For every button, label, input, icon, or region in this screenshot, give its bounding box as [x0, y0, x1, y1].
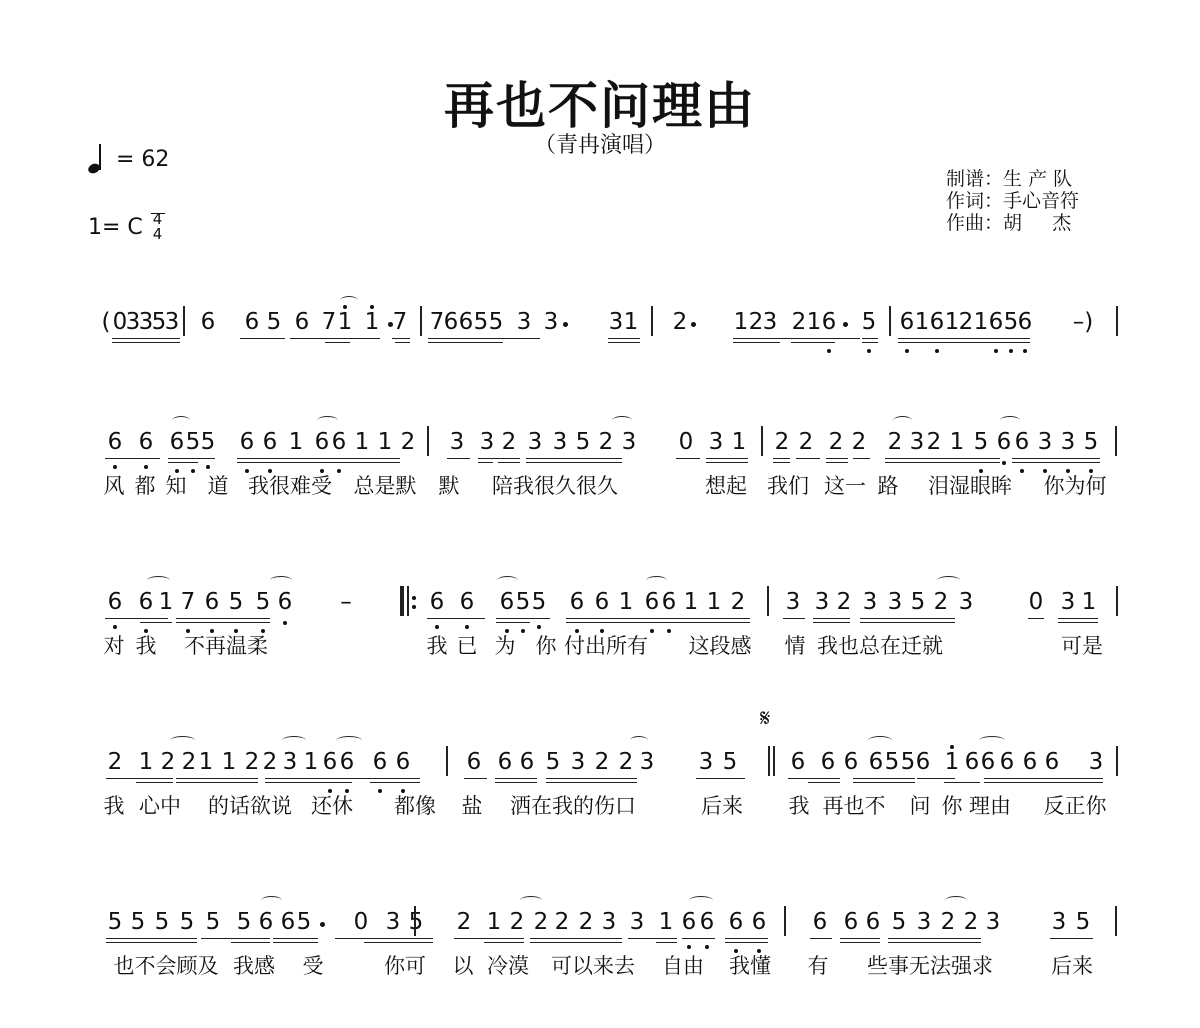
note: 3	[622, 428, 637, 456]
beam-line	[826, 458, 848, 459]
lyric: 知	[166, 470, 187, 500]
note: 6	[323, 748, 338, 776]
lyric: 不再温柔	[184, 630, 268, 660]
note: 5	[474, 308, 489, 336]
note: 6	[332, 428, 347, 456]
note: 6	[916, 748, 931, 776]
beam-line	[454, 938, 524, 939]
note: 6	[170, 428, 185, 456]
note: 6	[595, 588, 610, 616]
note: 1	[139, 748, 154, 776]
note: 1	[974, 308, 989, 336]
beam-line	[273, 942, 318, 943]
note: –)	[1073, 308, 1093, 336]
tie-arc	[261, 896, 282, 905]
beam-line	[176, 778, 258, 779]
barline	[761, 426, 763, 456]
note: 3	[640, 748, 655, 776]
octave-down-dot	[687, 945, 691, 949]
beam-line	[231, 942, 270, 943]
beam-line	[168, 462, 198, 463]
note: 6	[245, 308, 260, 336]
barline	[767, 586, 769, 616]
beam-line	[140, 622, 172, 623]
beam-line	[853, 778, 915, 779]
octave-down-dot	[465, 625, 469, 629]
tie-arc	[520, 896, 542, 905]
note: 6	[396, 748, 411, 776]
barline	[414, 906, 416, 936]
time-sig-bottom: 4	[153, 227, 163, 242]
note: 5	[131, 908, 146, 936]
note: 6	[108, 428, 123, 456]
note: 6	[1015, 428, 1030, 456]
tie-arc	[147, 576, 170, 585]
note: 1	[338, 308, 353, 336]
note: 3	[630, 908, 645, 936]
barline	[889, 306, 891, 336]
lyric: 些事无法强求	[867, 950, 993, 980]
note: 6	[460, 588, 475, 616]
note: 3	[165, 308, 180, 336]
note: 2	[941, 908, 956, 936]
note: 5	[1004, 308, 1019, 336]
tie-arc	[170, 736, 195, 745]
octave-down-dot	[283, 621, 287, 625]
lyric: 冷漠	[487, 950, 529, 980]
note: 6	[729, 908, 744, 936]
note: 6	[1045, 748, 1060, 776]
note: 6	[981, 748, 996, 776]
note: 1	[199, 748, 214, 776]
beam-line	[898, 338, 1030, 339]
beam-line	[530, 942, 622, 943]
note: 5	[723, 748, 738, 776]
tie-arc	[689, 896, 713, 905]
lyric: 为	[495, 630, 516, 660]
note: 3	[602, 908, 617, 936]
beam-line	[840, 938, 880, 939]
lyric: 这段感	[689, 630, 752, 660]
tie-arc	[612, 416, 632, 425]
note: 3	[544, 308, 559, 336]
repeat-start-thick	[400, 586, 404, 616]
note: 6	[662, 588, 677, 616]
note: 5	[256, 588, 271, 616]
note: (	[102, 308, 111, 336]
tempo-value: = 62	[116, 147, 169, 172]
barline	[183, 306, 185, 336]
beam-line	[495, 782, 537, 783]
beam-line	[484, 942, 524, 943]
note: 3	[699, 748, 714, 776]
note: 5	[885, 748, 900, 776]
note: 3	[571, 748, 586, 776]
octave-down-dot	[521, 629, 525, 633]
octave-down-dot	[705, 945, 709, 949]
beam-line	[364, 938, 433, 939]
note: 3	[986, 908, 1001, 936]
octave-down-dot	[667, 629, 671, 633]
beam-line	[352, 778, 420, 779]
credits: 制谱：生 产 队 作词：手心音符 作曲：胡 杰	[946, 168, 1079, 234]
note: 2	[555, 908, 570, 936]
octave-down-dot	[191, 469, 195, 473]
note: 6	[645, 588, 660, 616]
note: 3	[786, 588, 801, 616]
barline	[784, 906, 786, 936]
credit-composer: 作曲：胡 杰	[946, 212, 1079, 234]
note: 5	[297, 908, 312, 936]
tie-arc	[282, 736, 306, 745]
note: 2	[161, 748, 176, 776]
beam-line	[105, 618, 168, 619]
tie-arc	[317, 416, 338, 425]
barline	[1116, 746, 1118, 776]
octave-down-dot	[337, 469, 341, 473]
lyric: 我	[104, 790, 125, 820]
lyric: 风	[104, 470, 125, 500]
note: 2	[829, 428, 844, 456]
beam-line	[176, 618, 270, 619]
beam-line	[733, 338, 860, 339]
lyric: 心中	[139, 790, 181, 820]
beam-line	[464, 778, 487, 779]
barline	[420, 306, 422, 336]
note: 6	[965, 748, 980, 776]
note: 1	[355, 428, 370, 456]
tie-arc	[945, 896, 967, 905]
beam-line	[808, 782, 840, 783]
note: 6	[281, 908, 296, 936]
note: 0	[354, 908, 369, 936]
note: 2	[502, 428, 517, 456]
lyric: 都像	[394, 790, 436, 820]
note: 6	[869, 748, 884, 776]
note: 6	[989, 308, 1004, 336]
note: 3	[863, 588, 878, 616]
barline	[1116, 306, 1118, 336]
note: 6	[866, 908, 881, 936]
beam-line	[112, 342, 180, 343]
note: 1	[487, 908, 502, 936]
note: 1	[734, 308, 749, 336]
beam-line	[1012, 462, 1100, 463]
note: 6	[340, 748, 355, 776]
note: 1	[659, 908, 674, 936]
beam-line	[566, 622, 750, 623]
beam-line	[392, 338, 410, 339]
note: 6	[373, 748, 388, 776]
beam-line	[860, 618, 955, 619]
beam-line	[546, 778, 637, 779]
beam-line	[498, 462, 520, 463]
note: 6	[844, 908, 859, 936]
note: 1	[950, 428, 965, 456]
tie-arc	[172, 416, 190, 425]
note: 2	[775, 428, 790, 456]
note: 1	[1082, 588, 1097, 616]
octave-up-dot	[370, 305, 374, 309]
beam-line	[608, 338, 640, 339]
note: 6	[498, 748, 513, 776]
key-label: 1= C	[88, 215, 143, 240]
lyric: 后来	[1051, 950, 1093, 980]
beam-line	[112, 338, 180, 339]
barline	[1115, 426, 1117, 456]
lyric: 总是默	[354, 470, 417, 500]
tie-arc	[979, 736, 1005, 745]
repeat-dot	[412, 605, 416, 609]
note: 1	[945, 308, 960, 336]
beam-line	[530, 938, 622, 939]
beam-line	[773, 458, 790, 459]
beam-line	[106, 942, 197, 943]
note: 6	[997, 428, 1012, 456]
note: 7	[430, 308, 445, 336]
lyric: 你	[536, 630, 557, 660]
note: 5	[532, 588, 547, 616]
beam-line	[357, 338, 380, 339]
tie-arc	[893, 416, 912, 425]
tie-arc	[1000, 416, 1020, 425]
beam-line	[853, 782, 915, 783]
octave-down-dot	[905, 349, 909, 353]
octave-down-dot	[867, 349, 871, 353]
note: 6	[240, 428, 255, 456]
barline	[427, 426, 429, 456]
lyric: 我也总在迁就	[817, 630, 943, 660]
note: 5	[892, 908, 907, 936]
beam-line	[496, 622, 530, 623]
note: 6	[570, 588, 585, 616]
note: 6	[459, 308, 474, 336]
beam-line	[370, 782, 420, 783]
lyric: 这一	[824, 470, 866, 500]
lyric: 问	[910, 790, 931, 820]
beam-line	[526, 458, 622, 459]
note: 6	[201, 308, 216, 336]
note: 2	[964, 908, 979, 936]
beam-line	[984, 782, 1103, 783]
note: 2	[959, 308, 974, 336]
double-barline	[768, 746, 770, 776]
beam-line	[826, 462, 848, 463]
note: 2	[888, 428, 903, 456]
note: 2	[619, 748, 634, 776]
note: 1	[915, 308, 930, 336]
note: 2	[510, 908, 525, 936]
lyric: 后来	[701, 790, 743, 820]
lyric: 我	[789, 790, 810, 820]
lyric: 我很难受	[248, 470, 332, 500]
beam-line	[917, 778, 955, 779]
note: 2	[599, 428, 614, 456]
note: 5	[576, 428, 591, 456]
beam-line	[862, 342, 878, 343]
note: 3	[709, 428, 724, 456]
augmentation-dot	[563, 322, 568, 327]
note: 6	[205, 588, 220, 616]
barline	[446, 746, 448, 776]
note: 3	[1038, 428, 1053, 456]
tie-arc	[336, 736, 362, 745]
beam-line	[168, 458, 215, 459]
note: 1	[304, 748, 319, 776]
note: 3	[450, 428, 465, 456]
note: 0	[679, 428, 694, 456]
lyric: 还休	[311, 790, 353, 820]
beam-line	[447, 458, 470, 459]
beam-line	[853, 458, 870, 459]
beam-line	[608, 342, 640, 343]
note: 0	[1029, 588, 1044, 616]
note: 3	[517, 308, 532, 336]
octave-down-dot	[1023, 349, 1027, 353]
note: 5	[516, 588, 531, 616]
beam-line	[810, 938, 832, 939]
note: 6	[822, 308, 837, 336]
note: 3	[480, 428, 495, 456]
lyric: 我懂	[729, 950, 771, 980]
note: 6	[821, 748, 836, 776]
note: 5	[229, 588, 244, 616]
credit-lyricist: 作词：手心音符	[946, 190, 1079, 212]
lyric: 我感	[233, 950, 275, 980]
note: 6	[900, 308, 915, 336]
note: 2	[731, 588, 746, 616]
note: 3	[283, 748, 298, 776]
note: 1	[289, 428, 304, 456]
note: 6	[295, 308, 310, 336]
beam-line	[1058, 622, 1098, 623]
note: 6	[791, 748, 806, 776]
lyric: 也不会顾及	[114, 950, 219, 980]
note: 5	[901, 748, 916, 776]
note: 6	[844, 748, 859, 776]
lyric: 的话欲说	[208, 790, 292, 820]
lyric: 路	[878, 470, 899, 500]
beam-line	[496, 618, 550, 619]
note: 2	[182, 748, 197, 776]
beam-line	[860, 622, 955, 623]
note: 1	[807, 308, 822, 336]
beam-line	[788, 778, 840, 779]
lyric: 反正你	[1044, 790, 1107, 820]
beam-line	[773, 462, 790, 463]
tie-arc	[340, 296, 358, 305]
beam-line	[706, 462, 748, 463]
note: 3	[959, 588, 974, 616]
note: 1	[684, 588, 699, 616]
octave-down-dot	[1020, 469, 1024, 473]
beam-line	[696, 778, 745, 779]
octave-down-dot	[827, 349, 831, 353]
note: 6	[315, 428, 330, 456]
lyric: 我	[427, 630, 448, 660]
lyric: 你为何	[1044, 470, 1107, 500]
note: 7	[393, 308, 408, 336]
beam-line	[526, 462, 622, 463]
note: 2	[579, 908, 594, 936]
tie-arc	[937, 576, 960, 585]
note: 6	[682, 908, 697, 936]
octave-down-dot	[650, 629, 654, 633]
note: 1	[222, 748, 237, 776]
note: 3	[1061, 428, 1076, 456]
beam-line	[888, 938, 981, 939]
octave-down-dot	[113, 465, 117, 469]
beam-line	[566, 618, 750, 619]
note: 5	[155, 908, 170, 936]
beam-line	[106, 778, 173, 779]
beam-line	[136, 782, 173, 783]
beam-line	[862, 338, 878, 339]
note: 5	[206, 908, 221, 936]
note: 6	[259, 908, 274, 936]
lyric: 我	[136, 630, 157, 660]
tie-arc	[646, 576, 667, 585]
beam-line	[240, 338, 285, 339]
note: 2	[245, 748, 260, 776]
note: 2	[534, 908, 549, 936]
note: 6	[700, 908, 715, 936]
tie-arc	[270, 576, 292, 585]
barline	[1116, 586, 1118, 616]
lyric: 理由	[969, 790, 1011, 820]
note: 5	[409, 908, 424, 936]
tempo-marking: = 62	[88, 144, 169, 174]
beam-line	[546, 782, 637, 783]
beam-line	[898, 342, 1030, 343]
beam-line	[1012, 458, 1100, 459]
note: 6	[108, 588, 123, 616]
note: 6	[1023, 748, 1038, 776]
note: 2	[595, 748, 610, 776]
beam-line	[395, 342, 410, 343]
beam-line	[796, 458, 820, 459]
beam-line	[201, 938, 270, 939]
beam-line	[1028, 618, 1044, 619]
beam-line	[791, 342, 835, 343]
note: 3	[609, 308, 624, 336]
note: 2	[749, 308, 764, 336]
beam-line	[725, 942, 768, 943]
beam-line	[106, 938, 197, 939]
note: 1	[732, 428, 747, 456]
note: 2	[934, 588, 949, 616]
note: 6	[278, 588, 293, 616]
octave-down-dot	[378, 789, 382, 793]
beam-line	[495, 778, 537, 779]
note: 5	[911, 588, 926, 616]
beam-line	[325, 342, 350, 343]
barline	[651, 306, 653, 336]
beam-line	[478, 462, 493, 463]
lyric: 道	[208, 470, 229, 500]
octave-up-dot	[950, 745, 954, 749]
beam-line	[105, 458, 160, 459]
note: 2	[263, 748, 278, 776]
lyric: 以	[453, 950, 474, 980]
barline	[1115, 906, 1117, 936]
augmentation-dot	[691, 322, 696, 327]
key-signature: 1= C 4 4	[88, 212, 162, 242]
octave-down-dot	[935, 349, 939, 353]
lyric: 我们	[767, 470, 809, 500]
note: 3	[386, 908, 401, 936]
beam-line	[733, 342, 780, 343]
